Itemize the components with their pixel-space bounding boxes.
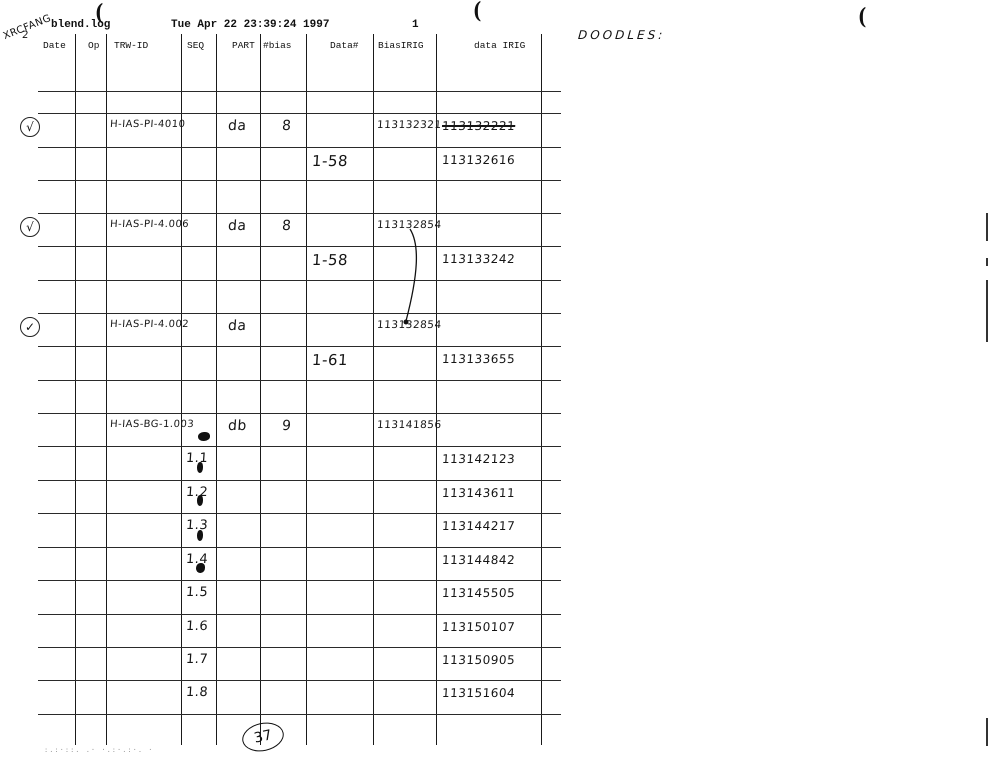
scan-edge-mark bbox=[986, 258, 988, 266]
scan-edge-mark bbox=[986, 280, 988, 342]
column-divider bbox=[216, 34, 217, 745]
scribble-mark bbox=[197, 462, 203, 473]
cell-part: da bbox=[227, 118, 247, 134]
row-divider bbox=[38, 647, 561, 648]
row-check-mark: √ bbox=[20, 117, 40, 137]
row-divider bbox=[38, 313, 561, 314]
column-divider bbox=[260, 34, 261, 745]
cell-bias-irig: 113132321 bbox=[377, 119, 442, 131]
cell-data-num: 1-61 bbox=[311, 351, 348, 369]
column-header-data-num: Data# bbox=[330, 40, 359, 51]
cell-seq: 1.7 bbox=[185, 652, 208, 667]
cell-data-irig: 113151604 bbox=[442, 686, 516, 700]
cell-part: da bbox=[227, 318, 247, 334]
row-divider bbox=[38, 246, 561, 247]
column-header-seq: SEQ bbox=[187, 40, 204, 51]
cell-bias: 8 bbox=[281, 118, 292, 134]
cell-seq: 1.5 bbox=[185, 585, 208, 600]
column-divider bbox=[75, 34, 76, 745]
column-header-trw-id: TRW-ID bbox=[114, 40, 148, 51]
doodles-note: DOODLES: bbox=[578, 28, 666, 42]
cell-data-num: 1-58 bbox=[311, 251, 348, 269]
log-timestamp: Tue Apr 22 23:39:24 1997 bbox=[171, 19, 329, 31]
cell-data-irig: 113143611 bbox=[442, 486, 516, 500]
cell-data-irig: 113150107 bbox=[442, 620, 516, 634]
row-divider bbox=[38, 413, 561, 414]
row-divider bbox=[38, 213, 561, 214]
column-divider bbox=[373, 34, 374, 745]
row-divider bbox=[38, 147, 561, 148]
row-divider bbox=[38, 680, 561, 681]
cell-trw-id: H-IAS-BG-1.003 bbox=[110, 419, 195, 430]
row-divider bbox=[38, 180, 561, 181]
cell-data-irig: 113133242 bbox=[442, 252, 516, 266]
cell-data-irig: 113132221 bbox=[442, 119, 516, 133]
scribble-mark bbox=[196, 563, 205, 573]
column-header-part: PART bbox=[232, 40, 255, 51]
row-divider bbox=[38, 480, 561, 481]
scribble-mark bbox=[197, 530, 203, 541]
column-header-data-irig: data IRIG bbox=[474, 40, 525, 51]
scan-noise: :.:·::. .· ·.:·.:·. · bbox=[44, 746, 154, 754]
column-header-bias-irig: BiasIRIG bbox=[378, 40, 424, 51]
arrow-annotation bbox=[390, 225, 430, 330]
cell-seq: 1.6 bbox=[185, 619, 208, 634]
scan-edge-mark bbox=[986, 213, 988, 241]
column-header-date: Date bbox=[43, 40, 66, 51]
cell-trw-id: H-IAS-PI-4010 bbox=[110, 119, 186, 130]
row-divider bbox=[38, 280, 561, 281]
column-divider bbox=[106, 34, 107, 745]
circled-page-mark: 37 bbox=[240, 719, 287, 755]
cell-bias-irig: 113141856 bbox=[377, 419, 442, 431]
cell-trw-id: H-IAS-PI-4.006 bbox=[110, 219, 190, 230]
column-divider bbox=[181, 34, 182, 745]
scribble-mark bbox=[197, 495, 203, 506]
filename-annotation-number: 2 bbox=[22, 30, 30, 41]
cell-data-irig: 113132616 bbox=[442, 153, 516, 167]
row-divider bbox=[38, 547, 561, 548]
row-divider bbox=[38, 614, 561, 615]
row-divider bbox=[38, 446, 561, 447]
scribble-mark bbox=[198, 432, 210, 441]
row-check-mark: ✓ bbox=[20, 317, 40, 337]
row-divider bbox=[38, 380, 561, 381]
column-divider bbox=[541, 34, 542, 745]
row-divider bbox=[38, 714, 561, 715]
binder-hole-mark: ( bbox=[95, 0, 103, 26]
column-header-bias: #bias bbox=[263, 40, 292, 51]
binder-hole-mark: ( bbox=[473, 0, 481, 24]
column-divider bbox=[306, 34, 307, 745]
row-divider bbox=[38, 513, 561, 514]
row-divider bbox=[38, 91, 561, 92]
row-divider bbox=[38, 113, 561, 114]
scan-edge-mark bbox=[986, 718, 988, 746]
cell-data-irig: 113144217 bbox=[442, 519, 516, 533]
cell-data-irig: 113142123 bbox=[442, 452, 516, 466]
cell-seq: 1.8 bbox=[185, 685, 208, 700]
log-page-number: 1 bbox=[412, 19, 419, 31]
cell-bias: 8 bbox=[281, 218, 292, 234]
cell-data-irig: 113150905 bbox=[442, 653, 516, 667]
cell-data-irig: 113133655 bbox=[442, 352, 516, 366]
row-divider bbox=[38, 346, 561, 347]
cell-part: db bbox=[227, 418, 247, 434]
cell-bias: 9 bbox=[281, 418, 292, 434]
cell-trw-id: H-IAS-PI-4.002 bbox=[110, 319, 190, 330]
row-divider bbox=[38, 580, 561, 581]
row-check-mark: √ bbox=[20, 217, 40, 237]
column-divider bbox=[436, 34, 437, 745]
cell-data-irig: 113144842 bbox=[442, 553, 516, 567]
cell-part: da bbox=[227, 218, 247, 234]
column-header-op: Op bbox=[88, 40, 99, 51]
binder-hole-mark: ( bbox=[858, 4, 866, 30]
cell-data-irig: 113145505 bbox=[442, 586, 516, 600]
cell-data-num: 1-58 bbox=[311, 152, 348, 170]
